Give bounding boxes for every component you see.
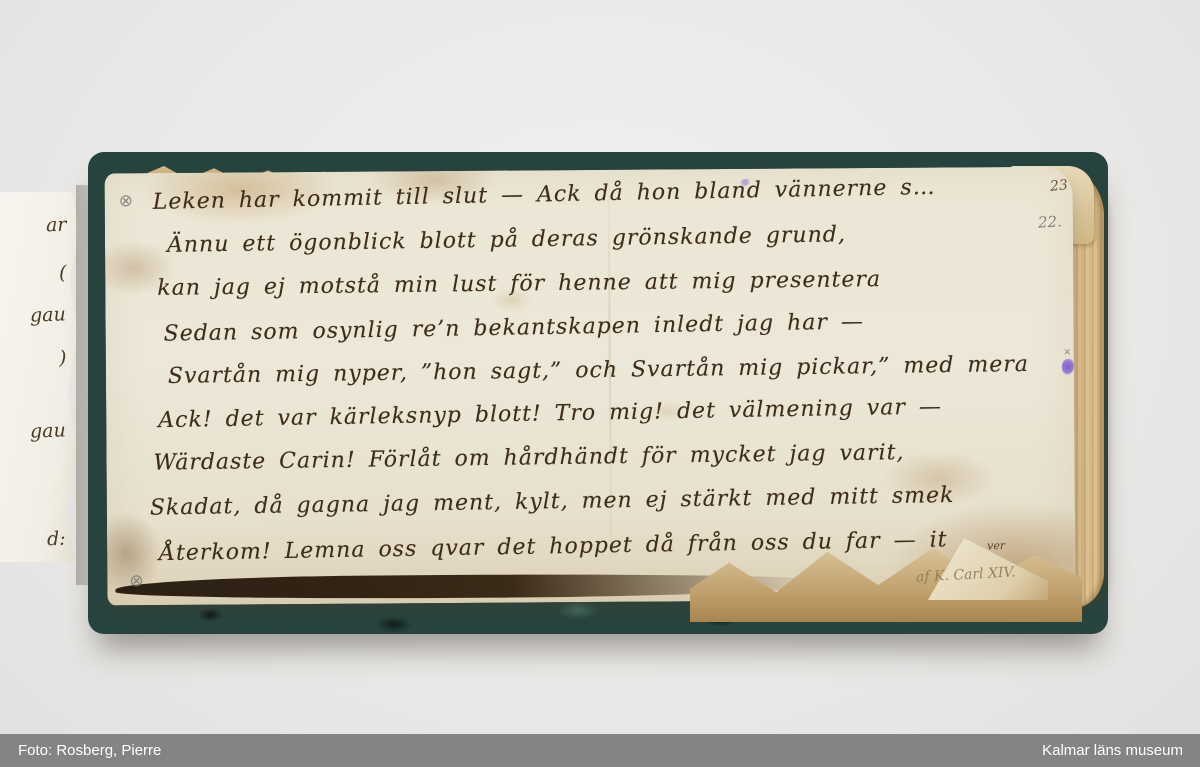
caption-bar: Foto: Rosberg, Pierre Kalmar läns museum <box>0 734 1200 767</box>
handwriting-fragment: gau <box>30 419 66 442</box>
photographer-credit: Foto: Rosberg, Pierre <box>18 742 161 759</box>
handwriting-fragment: d: <box>47 528 66 551</box>
handwriting-fragment: gau <box>30 303 66 326</box>
manuscript-line: Sedan som osynlig re’n bekantskapen inle… <box>163 309 864 346</box>
handwriting-fragment: ( <box>58 262 66 284</box>
handwriting-fragment: ar <box>45 214 66 237</box>
manuscript-line: Leken har kommit till slut — Ack då hon … <box>152 175 935 215</box>
inserted-word: ver <box>987 539 1005 552</box>
previous-page-edge: ar ( gau ) gau d: <box>0 192 80 562</box>
museum-credit: Kalmar läns museum <box>1042 742 1183 759</box>
museum-photo: ar ( gau ) gau d: Leken har kommit till … <box>0 0 1200 767</box>
manuscript-page: Leken har kommit till slut — Ack då hon … <box>105 167 1076 606</box>
pencil-x-mark: × <box>1064 345 1071 359</box>
manuscript-line: Ännu ett ögonblick blott på deras grönsk… <box>167 222 846 258</box>
page-number-behind: 23 <box>1049 177 1068 195</box>
manuscript-line: kan jag ej motstå min lust för henne att… <box>157 267 881 301</box>
manuscript-line: Wärdaste Carin! Förlåt om hårdhändt för … <box>153 440 904 475</box>
manuscript-line: Svartån mig nyper, ”hon sagt,” och Svart… <box>168 352 1029 389</box>
pencil-circle-mark: ⊗ <box>129 571 143 591</box>
manuscript-line: Ack! det var kärleksnyp blott! Tro mig! … <box>158 394 942 433</box>
page-number-current: 22. <box>1038 212 1063 231</box>
pencil-circle-mark: ⊗ <box>119 191 133 211</box>
handwriting-fragment: ) <box>58 347 66 369</box>
manuscript-line: Skadat, då gagna jag ment, kylt, men ej … <box>150 483 955 521</box>
violet-stain <box>1062 359 1074 375</box>
